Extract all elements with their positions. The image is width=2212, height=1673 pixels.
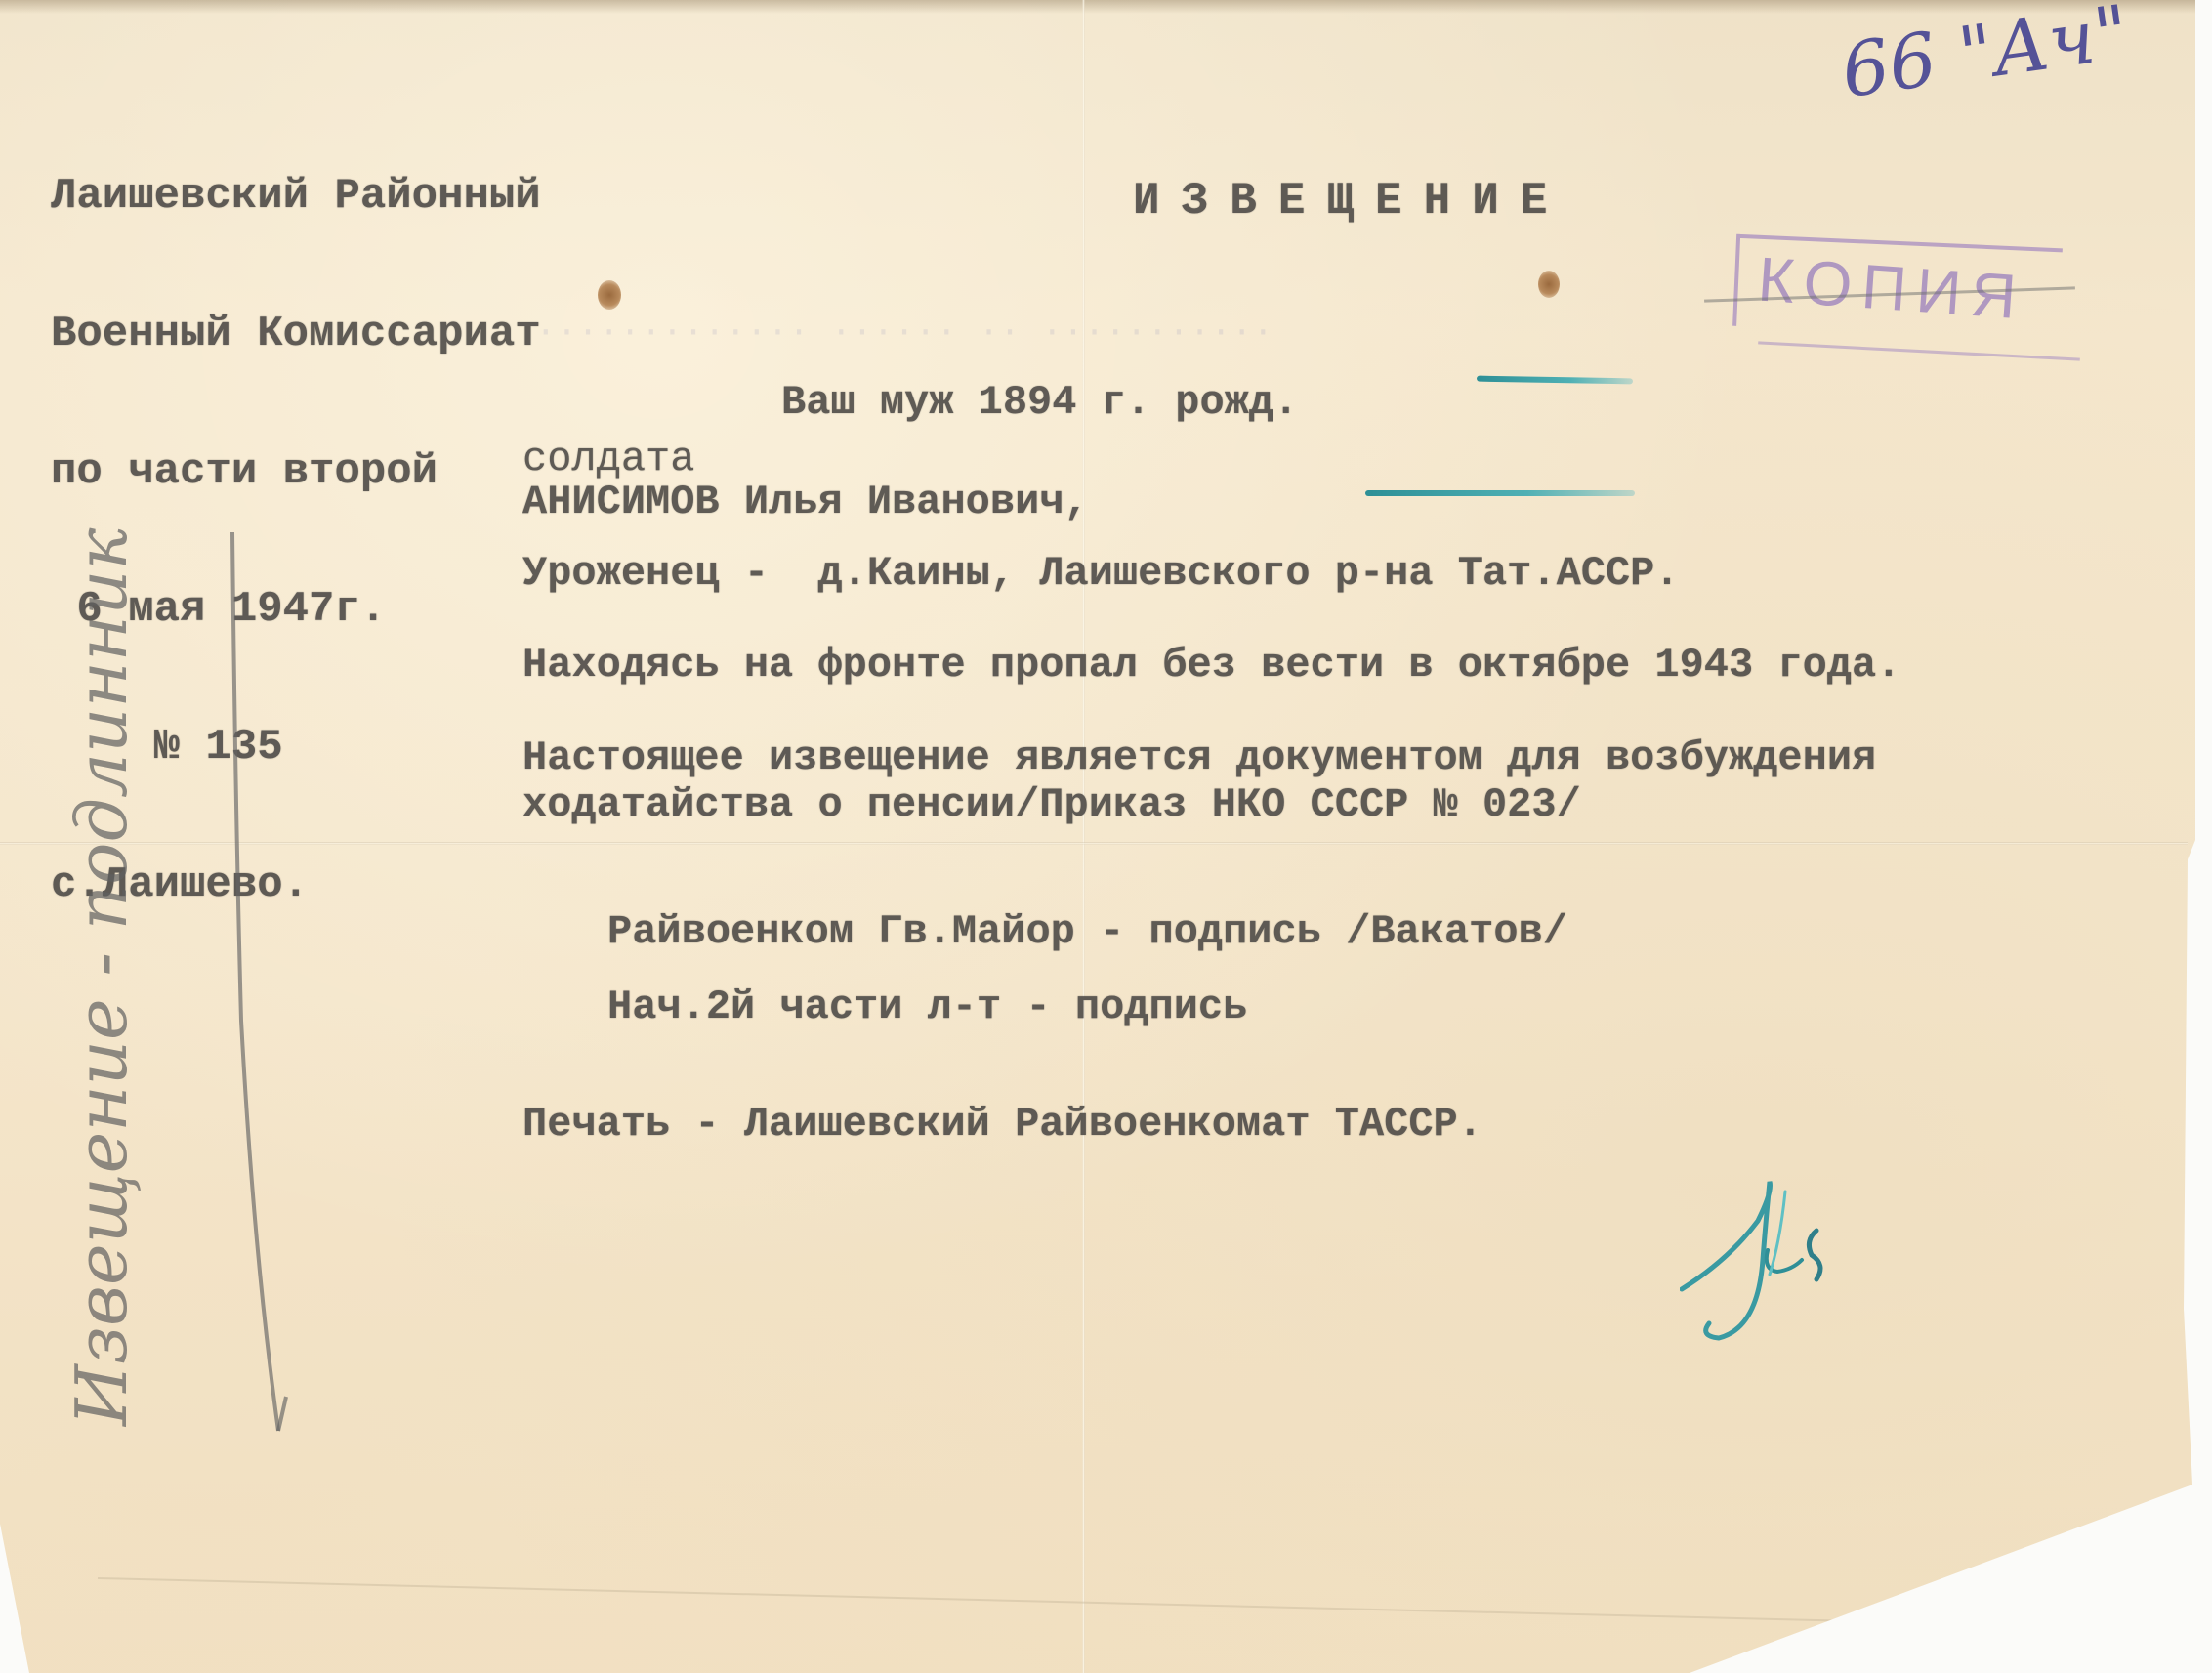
- seal-line: Печать - Лаишевский Райвоенкомат ТАССР.: [522, 1101, 1482, 1148]
- document-paper: ············· ······ ·· ··········· Лаиш…: [0, 0, 2195, 1673]
- body-line-husband: Ваш муж 1894 г. рожд.: [781, 379, 1298, 426]
- document-title: ИЗВЕЩЕНИЕ: [1133, 176, 1568, 227]
- vertical-fold-crease: [1082, 0, 1085, 1673]
- pencil-margin-note: Извещение - подлинник: [61, 527, 143, 1426]
- teal-underline: [1477, 376, 1633, 385]
- signature-line-chief: Нач.2й части л-т - подпись: [607, 983, 1247, 1030]
- body-line-order: ходатайства о пенсии/Приказ НКО СССР № 0…: [522, 781, 1581, 828]
- handwritten-signature-icon: [1680, 1162, 1875, 1358]
- header-line-org: Лаишевский Районный: [51, 174, 541, 220]
- stain-spot: [1538, 271, 1560, 298]
- lower-fold-crease: [98, 1577, 1856, 1622]
- copy-stamp-frame-bottom: [1758, 341, 2080, 360]
- body-line-birthplace: Уроженец - д.Каины, Лаишевского р-на Тат…: [522, 550, 1680, 597]
- header-line-dept: по части второй: [51, 449, 541, 495]
- signature-line-commissar: Райвоенком Гв.Майор - подпись /Вакатов/: [607, 908, 1567, 955]
- body-line-name: АНИСИМОВ Илья Иванович,: [522, 479, 1089, 525]
- body-line-purpose: Настоящее извещение является документом …: [522, 734, 1876, 781]
- body-line-missing: Находясь на фронте пропал без вести в ок…: [522, 642, 1900, 689]
- teal-underline: [1365, 490, 1635, 496]
- pencil-arrow-icon: [230, 513, 288, 1450]
- top-edge-shadow: [0, 0, 2195, 14]
- body-line-rank: солдата: [522, 436, 694, 482]
- stain-spot: [598, 280, 621, 310]
- header-line-org2: Военный Комиссариат: [51, 312, 541, 357]
- archive-mark: 66 "Ач": [1836, 0, 2134, 114]
- bleed-through-text: ············· ······ ·· ···········: [430, 313, 1273, 353]
